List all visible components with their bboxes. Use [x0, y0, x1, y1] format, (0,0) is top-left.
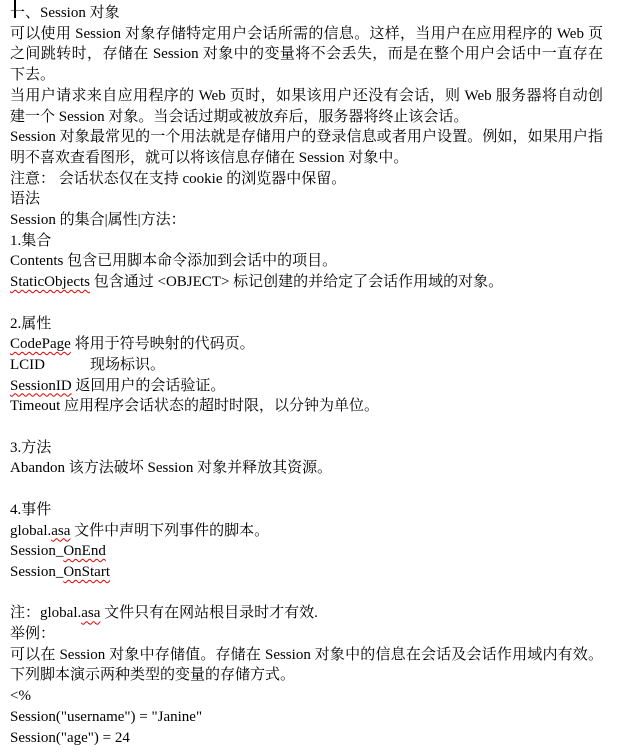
text-segment: LCID 现场标识。	[10, 357, 165, 373]
text-line: <%	[0, 686, 619, 707]
text-segment: 举例：	[10, 626, 55, 642]
text-line: SessionID 返回用户的会话验证。	[0, 376, 619, 397]
text-segment: 包含通过 <OBJECT> 标记创建的并给定了会话作用域的对象。	[90, 274, 503, 290]
text-line: Session_OnEnd	[0, 541, 619, 562]
text-segment: 注：global.	[10, 605, 81, 621]
misspelled-word: CodePage	[10, 336, 71, 352]
text-line: 下去。	[0, 65, 619, 86]
text-line: 可以使用 Session 对象存储特定用户会话所需的信息。这样，当用户在应用程序…	[0, 24, 619, 45]
text-segment: Session("username") = "Janine"	[10, 709, 202, 725]
misspelled-word: StaticObjects	[10, 274, 90, 290]
text-segment: 可以在 Session 对象中存储值。存储在 Session 对象中的信息在会话…	[10, 647, 603, 663]
misspelled-word: asa	[81, 605, 100, 621]
text-line: 举例：	[0, 624, 619, 645]
text-line: Abandon 该方法破坏 Session 对象并释放其资源。	[0, 458, 619, 479]
text-segment: 注意： 会话状态仅在支持 cookie 的浏览器中保留。	[10, 171, 346, 187]
text-line: 可以在 Session 对象中存储值。存储在 Session 对象中的信息在会话…	[0, 645, 619, 666]
text-segment: 可以使用 Session 对象存储特定用户会话所需的信息。这样，当用户在应用程序…	[10, 26, 603, 42]
text-cursor	[14, 0, 16, 18]
text-line: StaticObjects 包含通过 <OBJECT> 标记创建的并给定了会话作…	[0, 272, 619, 293]
text-line: Session_OnStart	[0, 562, 619, 583]
text-segment: Session("age") = 24	[10, 730, 130, 746]
text-segment: global.	[10, 523, 51, 539]
text-segment: Contents 包含已用脚本命令添加到会话中的项目。	[10, 253, 337, 269]
text-segment: Session_	[10, 564, 63, 580]
text-segment: 3.方法	[10, 440, 51, 456]
text-segment: 1.集合	[10, 233, 51, 249]
text-line: 明不喜欢查看图形，就可以将该信息存储在 Session 对象中。	[0, 148, 619, 169]
text-segment: 文件中声明下列事件的脚本。	[70, 523, 269, 539]
text-line: Session("username") = "Janine"	[0, 707, 619, 728]
text-line: 语法	[0, 189, 619, 210]
document-text: 一、Session 对象可以使用 Session 对象存储特定用户会话所需的信息…	[0, 3, 619, 748]
text-line: 1.集合	[0, 231, 619, 252]
text-segment: Session 对象最常见的一个用法就是存储用户的登录信息或者用户设置。例如，如…	[10, 129, 603, 145]
text-line: Session 的集合|属性|方法：	[0, 210, 619, 231]
text-segment: 返回用户的会话验证。	[72, 378, 226, 394]
text-line: Timeout 应用程序会话状态的超时时限，以分钟为单位。	[0, 396, 619, 417]
text-line: Session("age") = 24	[0, 728, 619, 749]
text-segment: 当用户请求来自应用程序的 Web 页时，如果该用户还没有会话，则 Web 服务器…	[10, 88, 603, 104]
misspelled-word: SessionID	[10, 378, 72, 394]
document-page[interactable]: 一、Session 对象可以使用 Session 对象存储特定用户会话所需的信息…	[0, 0, 619, 752]
text-line: 一、Session 对象	[0, 3, 619, 24]
misspelled-word: OnStart	[63, 564, 110, 580]
text-segment: 4.事件	[10, 502, 51, 518]
text-segment: 一、Session 对象	[10, 5, 120, 21]
blank-line	[0, 479, 619, 500]
text-line: 4.事件	[0, 500, 619, 521]
text-segment: 明不喜欢查看图形，就可以将该信息存储在 Session 对象中。	[10, 150, 408, 166]
text-line: Contents 包含已用脚本命令添加到会话中的项目。	[0, 251, 619, 272]
text-segment: 下去。	[10, 67, 55, 83]
text-segment: 之间跳转时，存储在 Session 对象中的变量将不会丢失，而是在整个用户会话中…	[10, 46, 603, 62]
text-segment: 建一个 Session 对象。当会话过期或被放弃后，服务器将终止该会话。	[10, 109, 468, 125]
text-line: 注意： 会话状态仅在支持 cookie 的浏览器中保留。	[0, 169, 619, 190]
text-segment: <%	[10, 688, 31, 704]
misspelled-word: OnEnd	[63, 543, 106, 559]
text-segment: Abandon 该方法破坏 Session 对象并释放其资源。	[10, 460, 332, 476]
text-line: 下列脚本演示两种类型的变量的存储方式。	[0, 665, 619, 686]
text-line: global.asa 文件中声明下列事件的脚本。	[0, 521, 619, 542]
text-segment: 将用于符号映射的代码页。	[71, 336, 255, 352]
text-line: 3.方法	[0, 438, 619, 459]
text-line: 之间跳转时，存储在 Session 对象中的变量将不会丢失，而是在整个用户会话中…	[0, 44, 619, 65]
text-line: LCID 现场标识。	[0, 355, 619, 376]
text-segment: 语法	[10, 191, 40, 207]
text-line: Session 对象最常见的一个用法就是存储用户的登录信息或者用户设置。例如，如…	[0, 127, 619, 148]
text-segment: 2.属性	[10, 316, 51, 332]
blank-line	[0, 583, 619, 604]
text-line: 当用户请求来自应用程序的 Web 页时，如果该用户还没有会话，则 Web 服务器…	[0, 86, 619, 107]
blank-line	[0, 417, 619, 438]
blank-line	[0, 293, 619, 314]
text-segment: 文件只有在网站根目录时才有效.	[100, 605, 318, 621]
text-segment: Timeout 应用程序会话状态的超时时限，以分钟为单位。	[10, 398, 379, 414]
text-segment: Session 的集合|属性|方法：	[10, 212, 186, 228]
text-line: CodePage 将用于符号映射的代码页。	[0, 334, 619, 355]
misspelled-word: asa	[51, 523, 70, 539]
text-line: 2.属性	[0, 314, 619, 335]
text-line: 建一个 Session 对象。当会话过期或被放弃后，服务器将终止该会话。	[0, 107, 619, 128]
text-segment: Session_	[10, 543, 63, 559]
text-line: 注：global.asa 文件只有在网站根目录时才有效.	[0, 603, 619, 624]
text-segment: 下列脚本演示两种类型的变量的存储方式。	[10, 667, 295, 683]
